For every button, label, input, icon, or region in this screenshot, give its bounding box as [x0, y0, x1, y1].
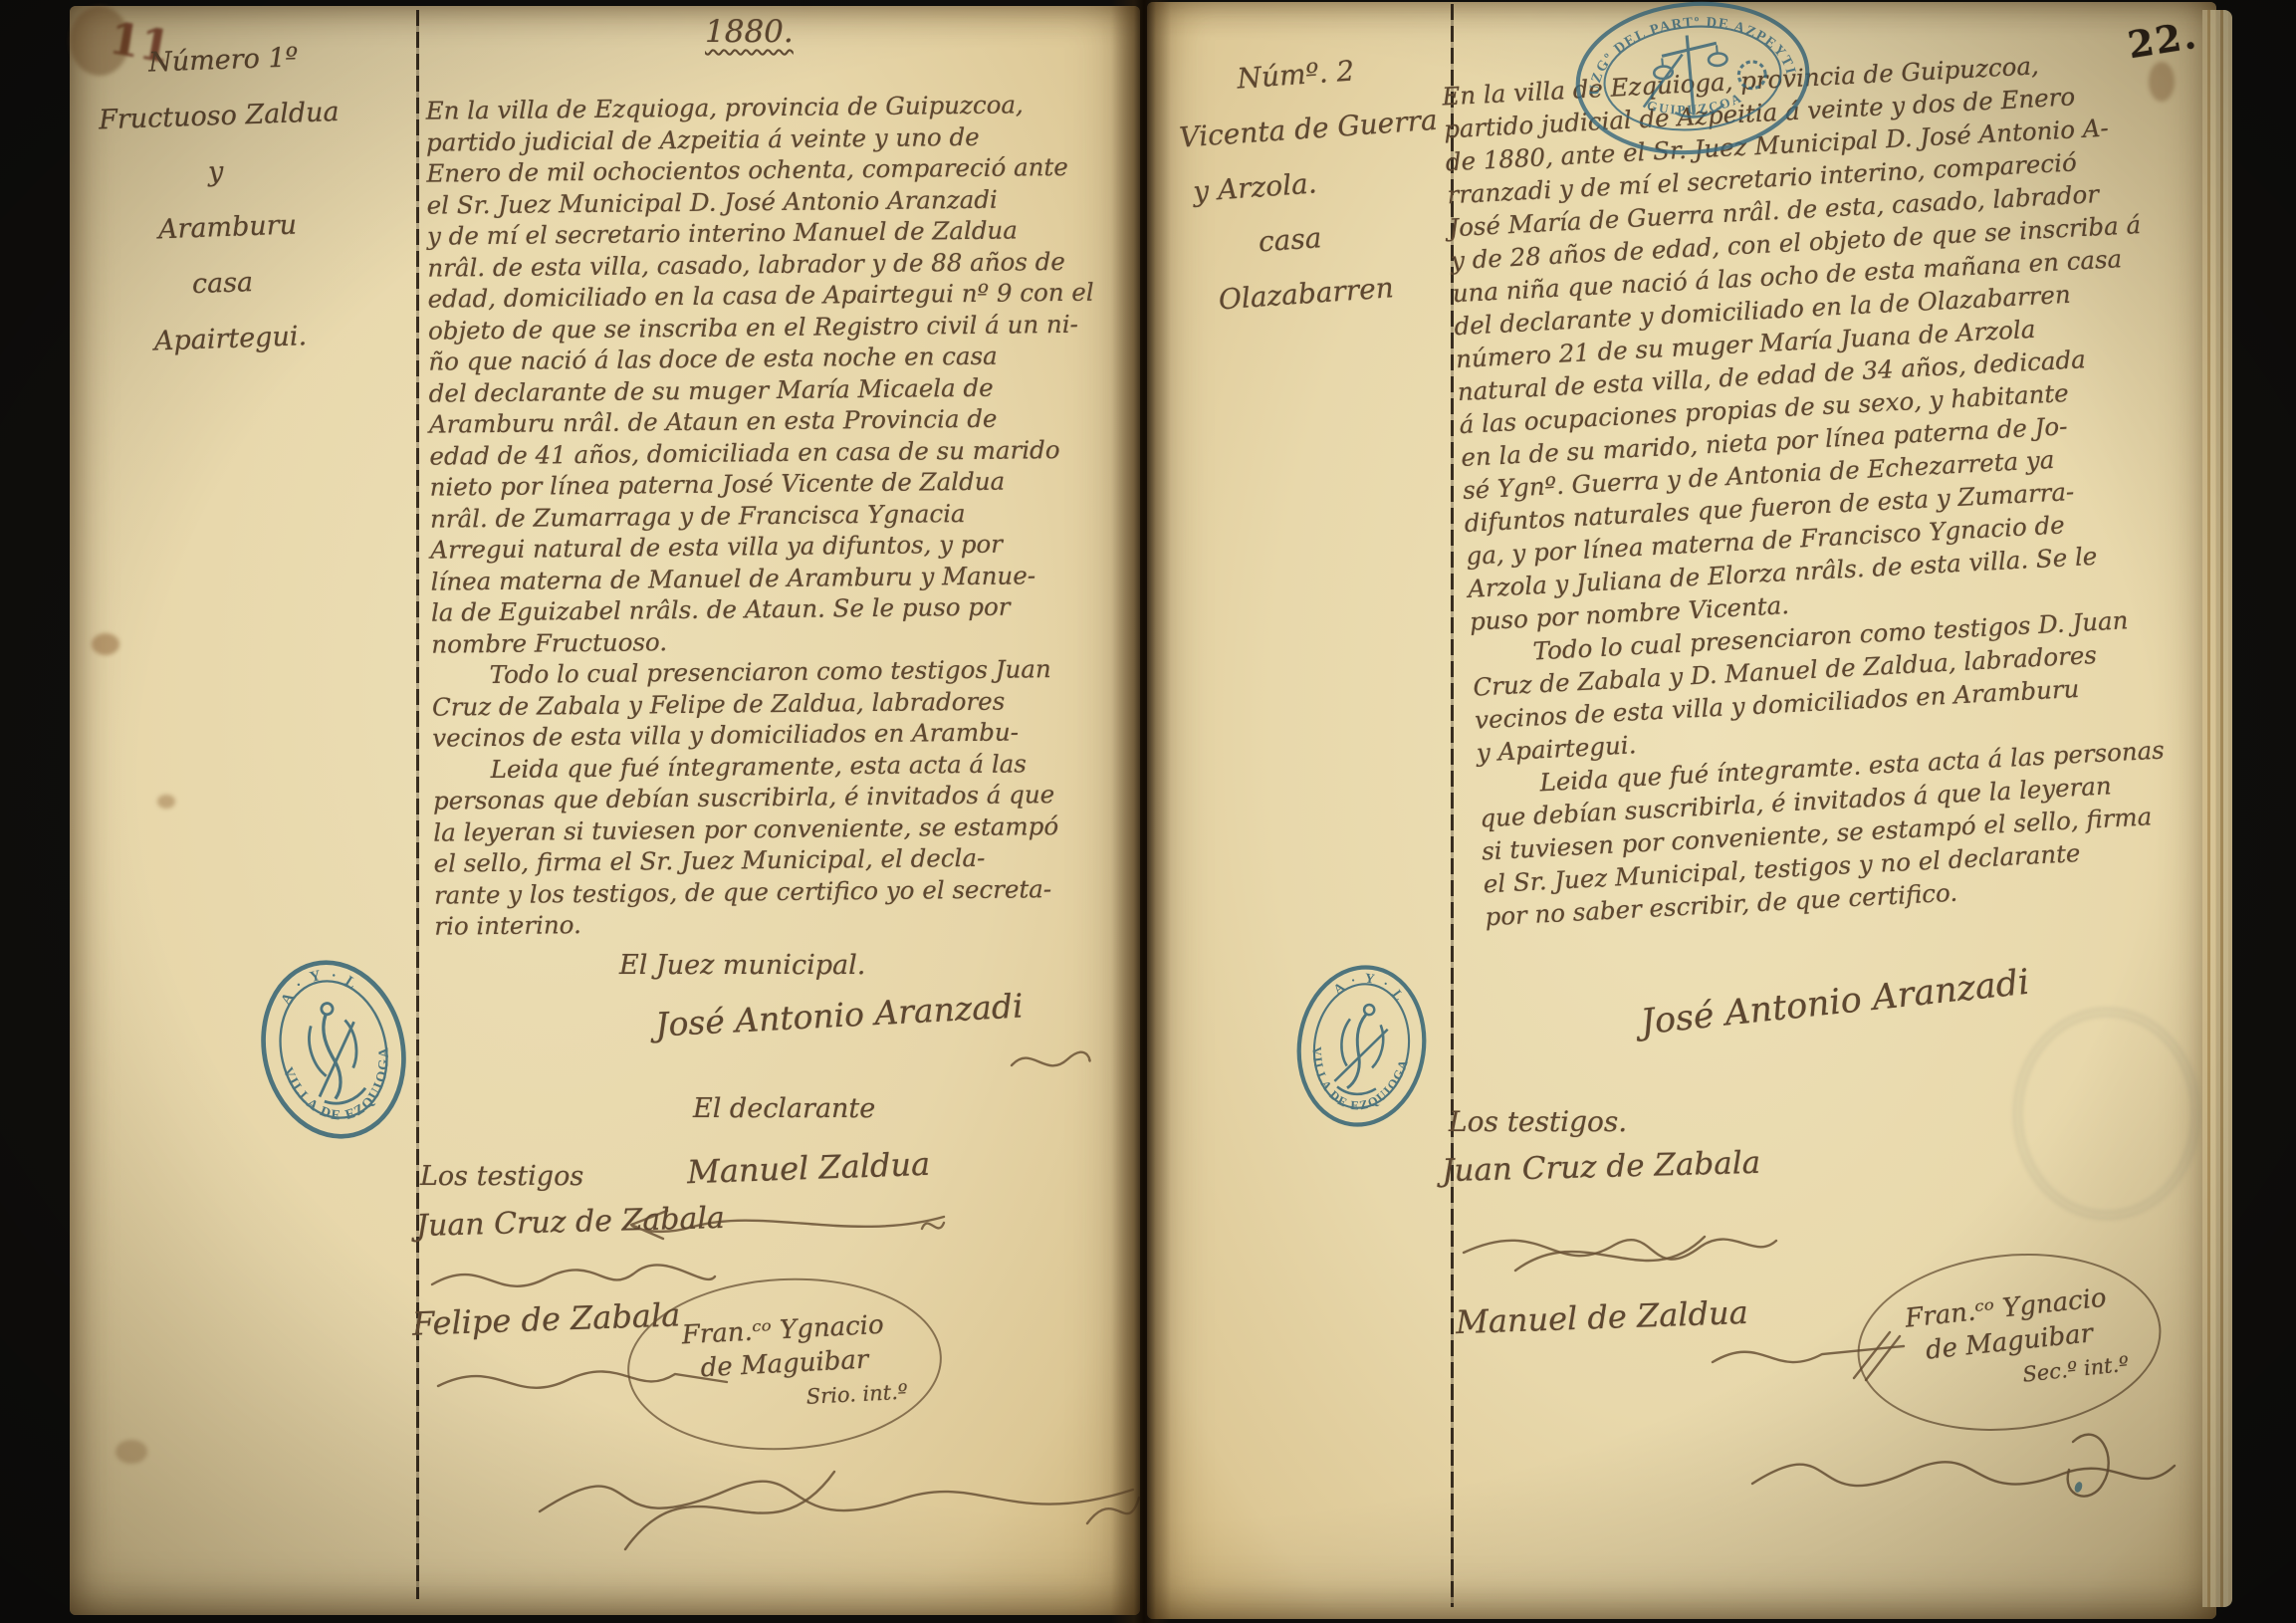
year-heading: 1880. — [705, 14, 794, 50]
paper-stain — [115, 1440, 147, 1464]
declarant-label: El declarante — [693, 1093, 875, 1124]
signature-rubric-icon — [1006, 1038, 1095, 1083]
svg-text:GUIPUZCOA: GUIPUZCOA — [1644, 90, 1745, 121]
bleed-through-stamp — [2013, 1008, 2200, 1220]
house-name: Olazabarren — [1217, 255, 1475, 328]
act-body-left: En la villa de Ezquioga, provincia de Gu… — [426, 88, 1132, 942]
register-left-page: 11 Número 1º Fructuoso Zaldua y Aramburu… — [70, 6, 1140, 1615]
declarant-signature: Manuel Zaldua — [686, 1145, 930, 1191]
entry-number: Número 1º — [147, 27, 404, 92]
municipal-stamp-icon: A · Y · L VILLA DE EZQUIOGA — [238, 936, 428, 1164]
judge-role-line: El Juez municipal. — [619, 950, 865, 981]
secretary-signature-line: Srio. int.º — [805, 1375, 909, 1414]
signature-rubric-icon — [1456, 1201, 1784, 1296]
margin-line: Aramburu — [157, 194, 410, 259]
paper-stain — [157, 795, 175, 809]
margin-line: casa — [191, 250, 412, 314]
signature-rubric-icon — [530, 1428, 1147, 1559]
witnesses-label: Los testigos — [420, 1161, 583, 1192]
margin-line: y — [207, 138, 408, 201]
paper-stain — [2149, 62, 2175, 102]
page-stack-edge — [2202, 10, 2232, 1607]
witnesses-label: Los testigos. — [1449, 1105, 1627, 1138]
act-body-right: En la villa de Ezquioga, provincia de Gu… — [1442, 42, 2224, 934]
manuscript-line: rio interino. — [434, 903, 1131, 942]
paper-stain — [92, 633, 119, 655]
judge-signature: José Antonio Aranzadi — [1639, 963, 2031, 1043]
margin-rule-left — [416, 10, 419, 1599]
municipal-stamp-icon: A · Y · L VILLA DE EZQUIOGA — [1282, 946, 1441, 1147]
register-right-page: 22. Númº. 2 Vicenta de Guerra y Arzola. … — [1147, 2, 2216, 1619]
witness-signature: Juan Cruz de Zabala — [1442, 1145, 1761, 1189]
margin-annotation-right: Númº. 2 Vicenta de Guerra y Arzola. casa… — [1168, 36, 1475, 330]
judicial-stamp-icon: JUZGº DEL PARTº DE AZPEYTIA GUIPUZCOA — [1561, 0, 1823, 171]
book-gutter — [1111, 0, 1171, 1623]
house-name: Apairtegui. — [153, 305, 414, 369]
margin-annotation-left: Número 1º Fructuoso Zaldua y Aramburu ca… — [92, 27, 414, 372]
archive-scan-photo: { "scan": { "page_number": "22.", "faded… — [0, 0, 2296, 1623]
judge-signature: José Antonio Aranzadi — [654, 986, 1024, 1043]
signature-rubric-icon — [1744, 1414, 2182, 1531]
page-corner-smudge — [70, 6, 129, 76]
